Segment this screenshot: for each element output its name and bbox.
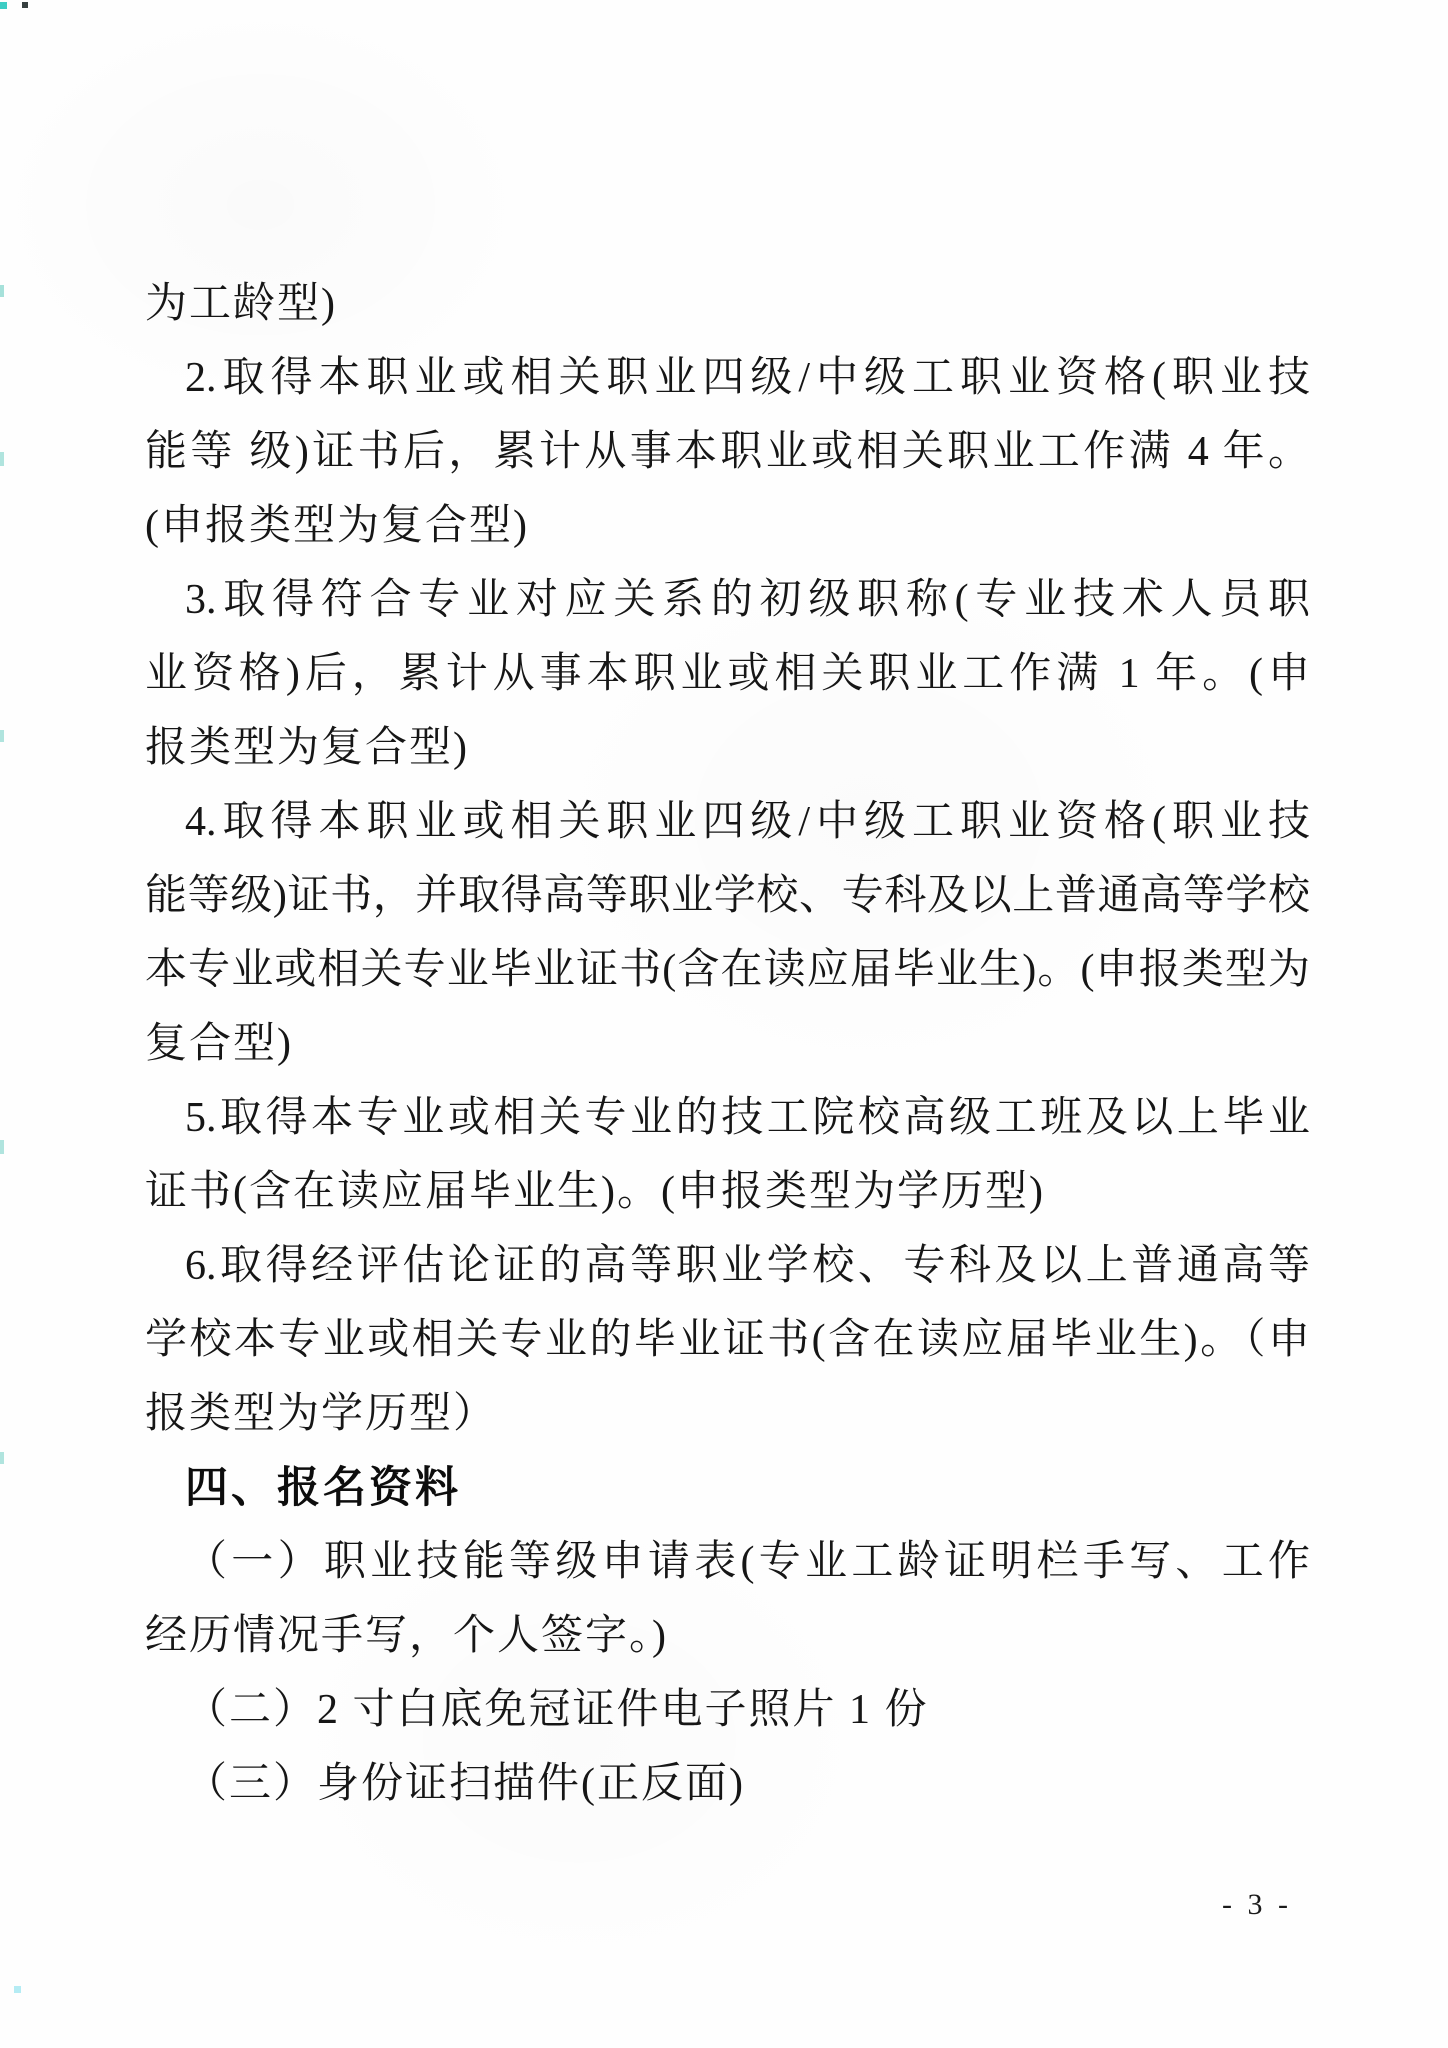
text-line: 能等级)证书，并取得高等职业学校、专科及以上普通高等学校: [145, 859, 1310, 933]
scan-artifact: [0, 1452, 4, 1464]
document-body: 为工龄型)2.取得本职业或相关职业四级/中级工职业资格(职业技能等 级)证书后，…: [145, 267, 1310, 1821]
text-line: (申报类型为复合型): [145, 489, 1310, 563]
scan-artifact: [0, 2, 7, 9]
text-line: 5.取得本专业或相关专业的技工院校高级工班及以上毕业: [145, 1081, 1310, 1155]
text-line: 复合型): [145, 1007, 1310, 1081]
text-line: 4.取得本职业或相关职业四级/中级工职业资格(职业技: [145, 785, 1310, 859]
text-line: 业资格)后，累计从事本职业或相关职业工作满 1 年。(申: [145, 637, 1310, 711]
scan-artifact: [22, 2, 28, 8]
text-line: 报类型为复合型): [145, 711, 1310, 785]
text-line: 2.取得本职业或相关职业四级/中级工职业资格(职业技: [145, 341, 1310, 415]
text-line: 报类型为学历型）: [145, 1377, 1310, 1451]
text-line: 6.取得经评估论证的高等职业学校、专科及以上普通高等: [145, 1229, 1310, 1303]
scan-artifact: [0, 730, 4, 742]
text-line: 本专业或相关专业毕业证书(含在读应届毕业生)。(申报类型为: [145, 933, 1310, 1007]
scan-artifact: [0, 285, 4, 297]
section-heading: 四、报名资料: [145, 1451, 1310, 1525]
scan-artifact: [14, 1986, 21, 1993]
text-line: （三）身份证扫描件(正反面): [145, 1747, 1310, 1821]
text-line: 3.取得符合专业对应关系的初级职称(专业技术人员职: [145, 563, 1310, 637]
text-line: 证书(含在读应届毕业生)。(申报类型为学历型): [145, 1155, 1310, 1229]
text-line: 学校本专业或相关专业的毕业证书(含在读应届毕业生)。（申: [145, 1303, 1310, 1377]
page-number: - 3 -: [1222, 1888, 1292, 1922]
scan-artifact: [0, 1140, 4, 1154]
scan-artifact: [0, 452, 4, 466]
text-line: （二）2 寸白底免冠证件电子照片 1 份: [145, 1673, 1310, 1747]
text-line: 能等 级)证书后，累计从事本职业或相关职业工作满 4 年。: [145, 415, 1310, 489]
text-line: 经历情况手写，个人签字。): [145, 1599, 1310, 1673]
text-line: 为工龄型): [145, 267, 1310, 341]
text-line: （一）职业技能等级申请表(专业工龄证明栏手写、工作: [145, 1525, 1310, 1599]
document-page: 为工龄型)2.取得本职业或相关职业四级/中级工职业资格(职业技能等 级)证书后，…: [0, 0, 1448, 2048]
